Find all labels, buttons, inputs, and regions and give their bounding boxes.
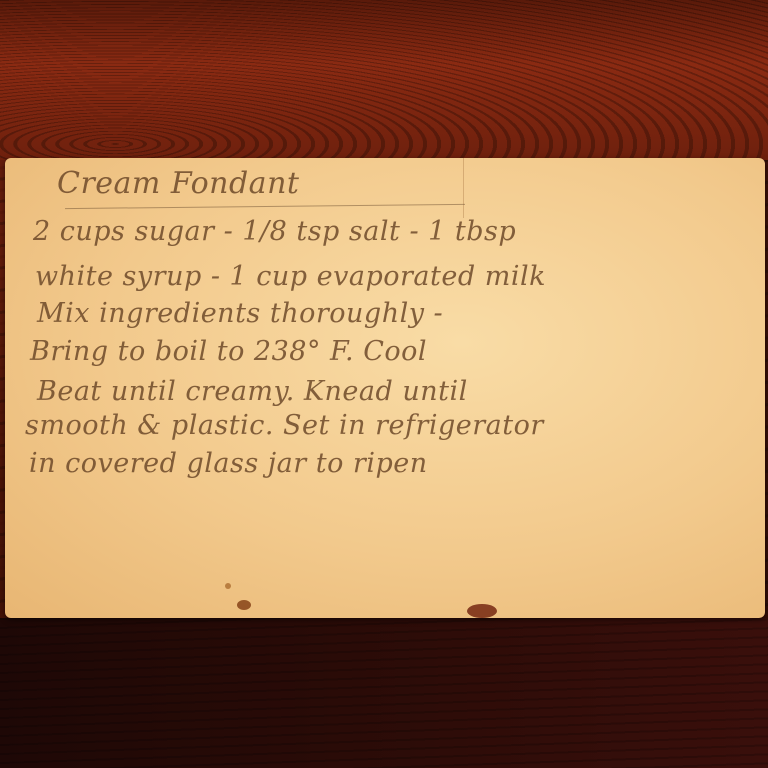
title-underline [65, 204, 465, 209]
recipe-title: Cream Fondant [57, 166, 299, 201]
recipe-card: Cream Fondant 2 cups sugar - 1/8 tsp sal… [5, 158, 765, 618]
wood-surface-bottom [0, 618, 768, 768]
recipe-line-1: 2 cups sugar - 1/8 tsp salt - 1 tbsp [33, 216, 516, 247]
stain-mark [467, 604, 497, 618]
recipe-line-6: smooth & plastic. Set in refrigerator [25, 410, 544, 441]
recipe-line-7: in covered glass jar to ripen [29, 448, 428, 479]
wood-surface-top [0, 0, 768, 160]
stain-mark [225, 583, 231, 589]
recipe-line-4: Bring to boil to 238° F. Cool [30, 336, 427, 367]
stain-mark [237, 600, 251, 610]
recipe-line-3: Mix ingredients thoroughly - [37, 298, 443, 329]
card-crease [463, 158, 464, 218]
recipe-line-5: Beat until creamy. Knead until [37, 376, 468, 407]
recipe-line-2: white syrup - 1 cup evaporated milk [35, 261, 546, 292]
